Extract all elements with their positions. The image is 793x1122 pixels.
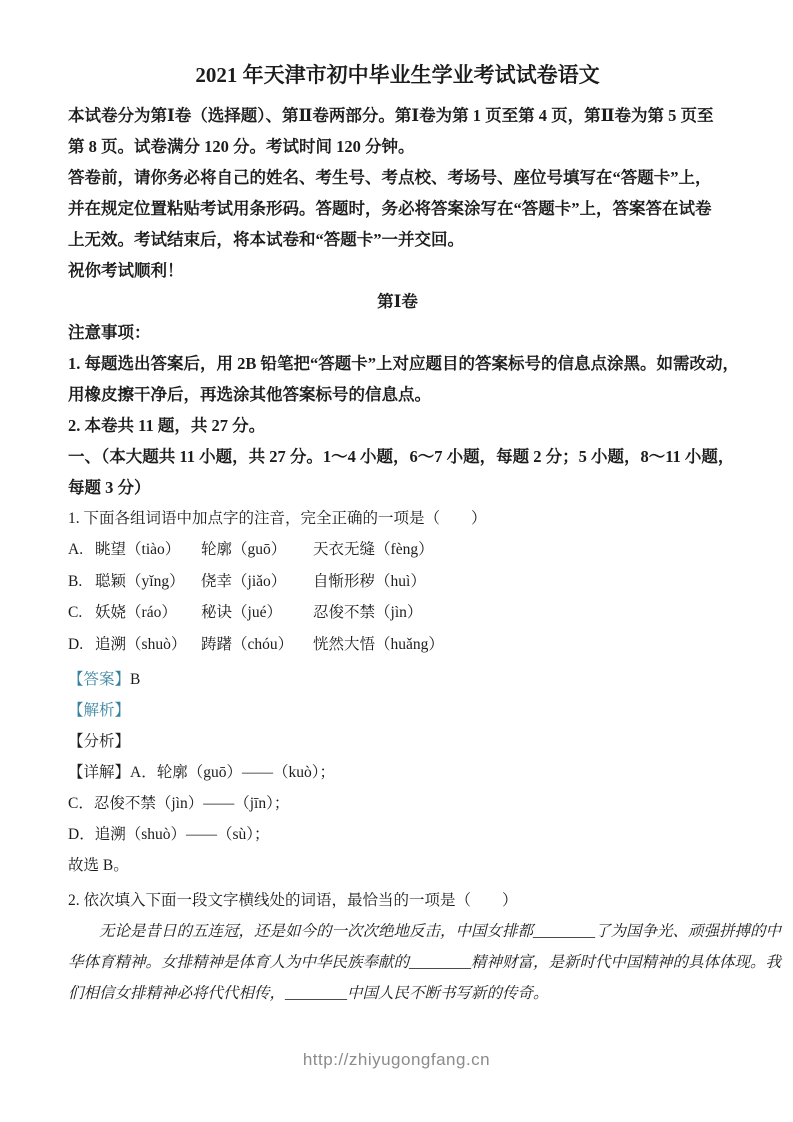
q1-conclusion: 故选 B。 xyxy=(68,850,727,881)
answer-label: 【答案】 xyxy=(68,671,130,688)
q1-detail-line: 【详解】A．轮廓（guō）——（kuò）； xyxy=(68,757,727,788)
q1-option-row-d: D. 追溯（shuò） 踌躇（chóu） 恍然大悟（huǎng） xyxy=(68,629,727,661)
option-word: 天衣无缝（fèng） xyxy=(313,534,434,566)
notice-title: 注意事项： xyxy=(68,317,727,348)
q1-option-row-c: C. 妖娆（ráo） 秘诀（jué） 忍俊不禁（jìn） xyxy=(68,597,727,629)
exam-title: 2021 年天津市初中毕业生学业考试试卷语文 xyxy=(68,58,727,92)
notice-line: 1. 每题选出答案后，用 2B 铅笔把“答题卡”上对应题目的答案标号的信息点涂黑… xyxy=(68,348,727,379)
q1-detail-line: D．追溯（shuò）——（sù）； xyxy=(68,819,727,850)
footer-url: http://zhiyugongfang.cn xyxy=(0,1050,793,1070)
intro-line: 答卷前，请你务必将自己的姓名、考生号、考点校、考场号、座位号填写在“答题卡”上， xyxy=(68,162,727,193)
option-word: 聪颖（yǐng） xyxy=(95,566,201,598)
q2-para-line: 们相信女排精神必将代代相传，________中国人民不断书写新的传奇。 xyxy=(68,978,727,1009)
q1-stem: 1. 下面各组词语中加点字的注音，完全正确的一项是（ ） xyxy=(68,503,727,534)
intro-line: 第 8 页。试卷满分 120 分。考试时间 120 分钟。 xyxy=(68,131,727,162)
intro-line: 本试卷分为第Ⅰ卷（选择题）、第Ⅱ卷两部分。第Ⅰ卷为第 1 页至第 4 页，第Ⅱ卷… xyxy=(68,100,727,131)
fenxi-label: 【分析】 xyxy=(68,733,130,750)
notice-line: 用橡皮擦干净后，再选涂其他答案标号的信息点。 xyxy=(68,379,727,410)
option-word: 踌躇（chóu） xyxy=(201,629,313,661)
option-word: 眺望（tiào） xyxy=(95,534,201,566)
section-heading-line: 每题 3 分） xyxy=(68,472,727,503)
option-word: 轮廓（guō） xyxy=(201,534,313,566)
jiexi-label: 【解析】 xyxy=(68,702,130,719)
option-label: D. xyxy=(68,629,95,661)
section-heading-line: 一、（本大题共 11 小题，共 27 分。1～4 小题，6～7 小题，每题 2 … xyxy=(68,441,727,472)
intro-line: 祝你考试顺利！ xyxy=(68,255,727,286)
notice-line: 2. 本卷共 11 题，共 27 分。 xyxy=(68,410,727,441)
exam-paper-page: 2021 年天津市初中毕业生学业考试试卷语文 本试卷分为第Ⅰ卷（选择题）、第Ⅱ卷… xyxy=(0,0,793,1122)
intro-line: 上无效。考试结束后，将本试卷和“答题卡”一并交回。 xyxy=(68,224,727,255)
option-word: 秘诀（jué） xyxy=(201,597,313,629)
q2-para-line: 华体育精神。女排精神是体育人为中华民族奉献的________精神财富，是新时代中… xyxy=(68,947,727,978)
q1-answer-line: 【答案】B xyxy=(68,664,727,695)
q2-stem: 2. 依次填入下面一段文字横线处的词语，最恰当的一项是（ ） xyxy=(68,885,727,916)
q2-para-line: 无论是昔日的五连冠，还是如今的一次次绝地反击，中国女排都________了为国争… xyxy=(68,916,727,947)
intro-line: 并在规定位置粘贴考试用条形码。答题时，务必将答案涂写在“答题卡”上，答案答在试卷 xyxy=(68,193,727,224)
option-word: 追溯（shuò） xyxy=(95,629,201,661)
q1-fenxi-line: 【分析】 xyxy=(68,726,727,757)
option-word: 侥幸（jiǎo） xyxy=(201,566,313,598)
option-label: B. xyxy=(68,566,95,598)
option-label: A. xyxy=(68,534,95,566)
option-label: C. xyxy=(68,597,95,629)
option-word: 自惭形秽（huì） xyxy=(313,566,426,598)
q1-detail-line: C．忍俊不禁（jìn）——（jīn）； xyxy=(68,788,727,819)
option-word: 妖娆（ráo） xyxy=(95,597,201,629)
option-word: 忍俊不禁（jìn） xyxy=(313,597,422,629)
q1-option-row-b: B. 聪颖（yǐng） 侥幸（jiǎo） 自惭形秽（huì） xyxy=(68,566,727,598)
q1-option-row-a: A. 眺望（tiào） 轮廓（guō） 天衣无缝（fèng） xyxy=(68,534,727,566)
part1-heading: 第Ⅰ卷 xyxy=(68,286,727,317)
option-word: 恍然大悟（huǎng） xyxy=(313,629,444,661)
answer-value: B xyxy=(130,671,140,688)
q1-jiexi-line: 【解析】 xyxy=(68,695,727,726)
